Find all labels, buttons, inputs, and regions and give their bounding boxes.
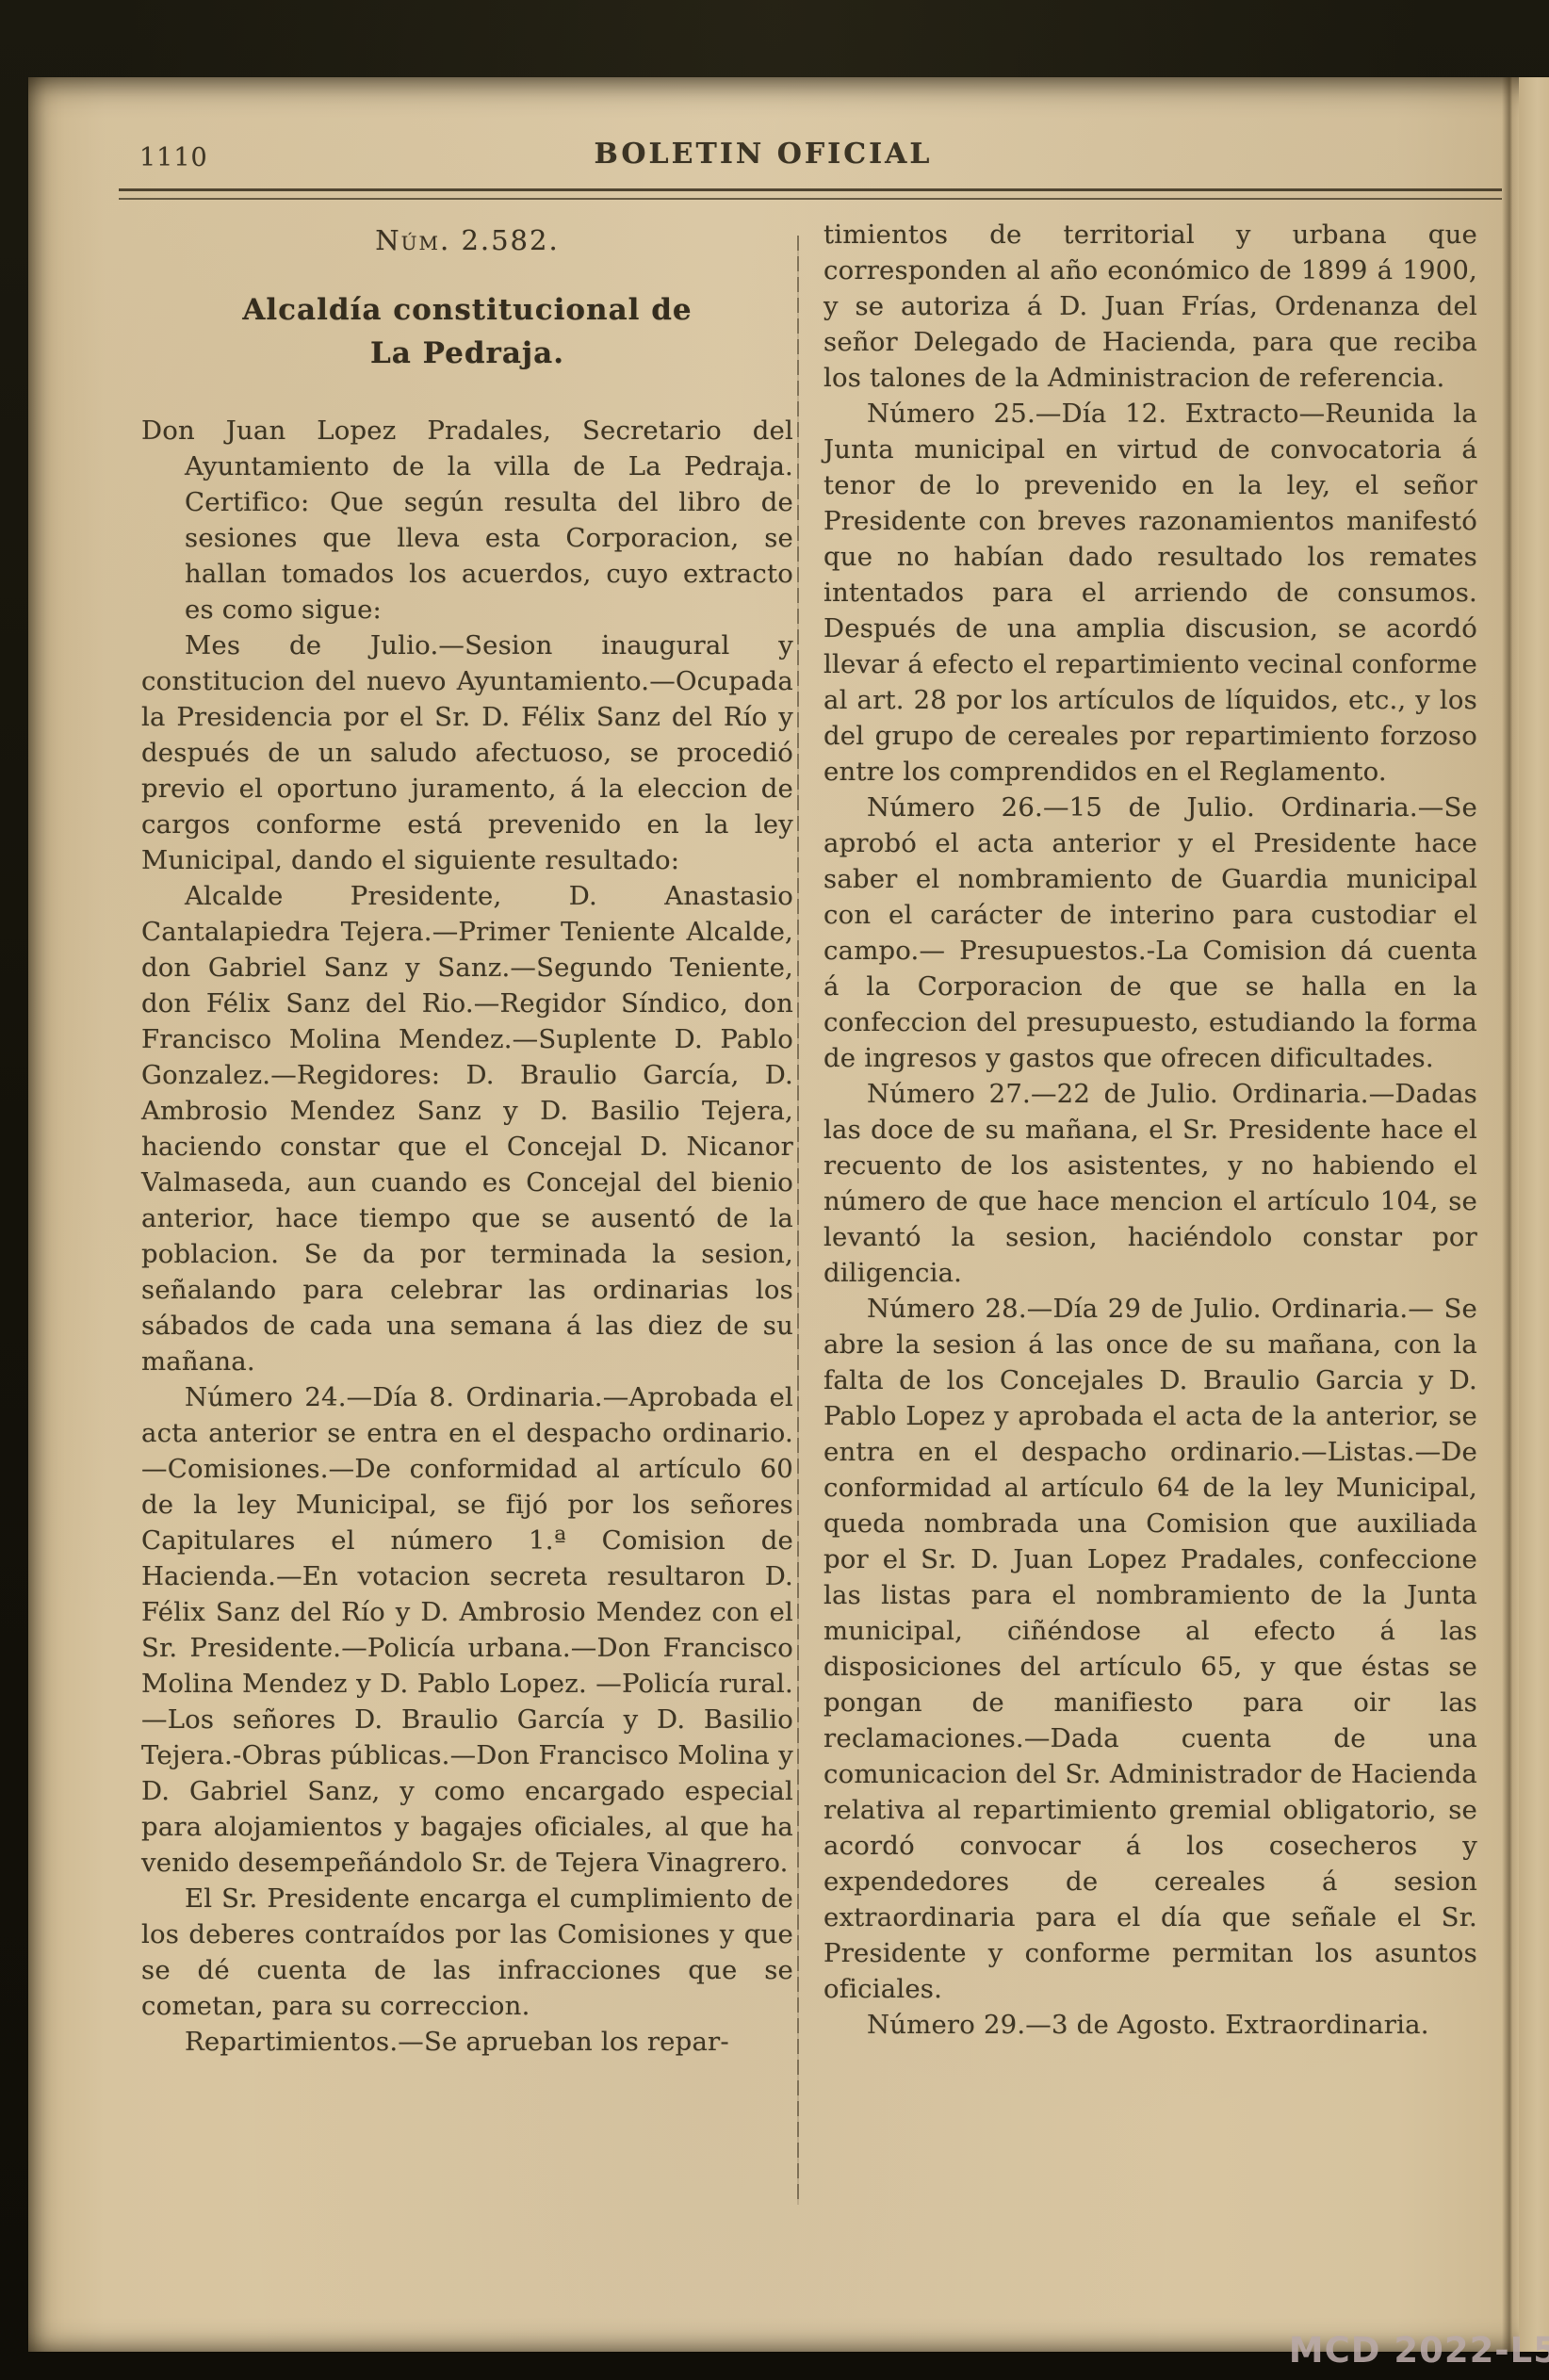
paragraph-numero-25: Número 25.—Día 12. Extracto—Reunida la J… [823, 396, 1477, 790]
header-rule [119, 188, 1502, 200]
article-title-line2: La Pedraja. [370, 336, 564, 370]
article-title-line1: Alcaldía constitucional de [242, 293, 692, 327]
paragraph-cargos: Alcalde Presidente, D. Anastasio Cantala… [141, 878, 793, 1379]
paragraph-numero-26: Número 26.—15 de Julio. Ordinaria.—Se ap… [823, 790, 1477, 1076]
paragraph-sesion-inaugural: Mes de Julio.—Sesion inaugural y constit… [141, 628, 793, 878]
column-divider [797, 236, 799, 2205]
paragraph-numero-29: Número 29.—3 de Agosto. Extraordinaria. [823, 2007, 1477, 2043]
paragraph-presidente-encarga: El Sr. Presidente encarga el cumplimient… [141, 1881, 793, 2024]
page-number: 1110 [139, 143, 208, 172]
article-title: Alcaldía constitucional de La Pedraja. [141, 288, 793, 375]
page-fold-seam [1502, 77, 1519, 2352]
adjacent-page-edge [1519, 77, 1549, 2352]
paragraph-certification: Don Juan Lopez Pradales, Secretario del … [141, 413, 793, 628]
article-number-heading: Núm. 2.582. [141, 224, 793, 256]
paragraph-numero-24: Número 24.—Día 8. Ordinaria.—Aprobada el… [141, 1379, 793, 1881]
bulletin-page: 1110 BOLETIN OFICIAL Núm. 2.582. Alcaldí… [28, 77, 1549, 2352]
right-column: timientos de territorial y urbana que co… [823, 217, 1477, 2043]
masthead-title: BOLETIN OFICIAL [386, 138, 1140, 171]
left-column: Núm. 2.582. Alcaldía constitucional de L… [141, 224, 793, 2060]
paragraph-numero-27: Número 27.—22 de Julio. Ordinaria.—Dadas… [823, 1076, 1477, 1291]
paragraph-repartimientos: Repartimientos.—Se aprueban los repar- [141, 2024, 793, 2060]
archive-watermark: MCD 2022-L5 [1289, 2330, 1549, 2371]
paragraph-continuation: timientos de territorial y urbana que co… [823, 217, 1477, 396]
paragraph-numero-28: Número 28.—Día 29 de Julio. Ordinaria.— … [823, 1291, 1477, 2007]
